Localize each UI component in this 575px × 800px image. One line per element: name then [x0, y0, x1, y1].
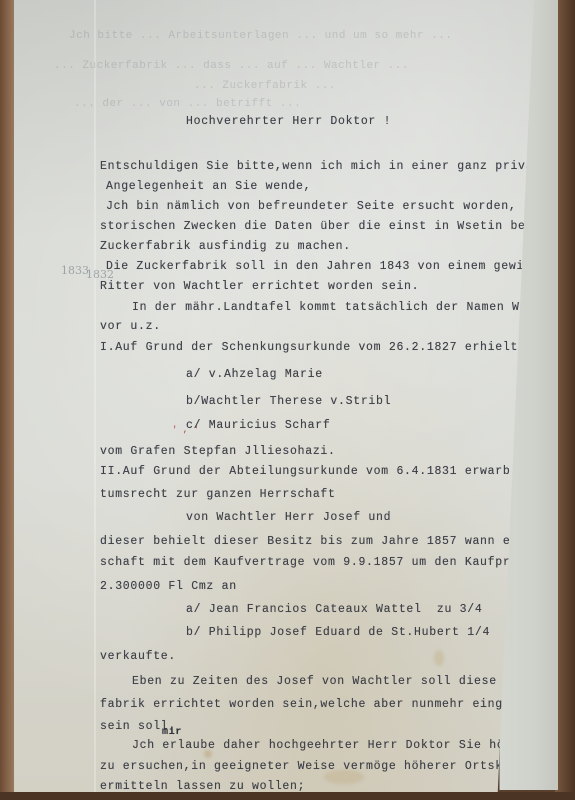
- letter-line: In der mähr.Landtafel kommt tatsächlich …: [132, 301, 573, 314]
- letter-line: II.Auf Grund der Abteilungsurkunde vom 6…: [100, 465, 575, 478]
- letter-line: dieser behielt dieser Besitz bis zum Jah…: [100, 535, 575, 548]
- handwritten-insertion: mir: [162, 727, 182, 738]
- letter-line: b/Wachtler Therese v.Stribl: [186, 395, 391, 408]
- letter-line: Ritter von Wachtler errichtet worden sei…: [100, 280, 419, 293]
- wooden-frame-bottom: [0, 792, 575, 800]
- bleed-through-line: Jch bitte ... Arbeitsunterlagen ... und …: [69, 30, 452, 42]
- wooden-frame-right: [555, 0, 575, 800]
- letter-line: b/ Philipp Josef Eduard de St.Hubert 1/4: [186, 626, 490, 639]
- letter-line: fabrik errichtet worden sein,welche aber…: [100, 698, 556, 711]
- letter-line: verkaufte.: [100, 650, 176, 663]
- letter-line: c/ Mauricius Scharf: [186, 419, 330, 432]
- bleed-through-line: ... der ... von ... betrifft ...: [74, 98, 301, 110]
- letter-line: 2.300000 Fl Cmz an: [100, 580, 237, 593]
- letter-line: tumsrecht zur ganzen Herrschaft: [100, 488, 336, 501]
- salutation: Hochverehrter Herr Doktor !: [186, 115, 391, 128]
- letter-page: Jch bitte ... Arbeitsunterlagen ... und …: [14, 0, 534, 795]
- bleed-through-line: ... Zuckerfabrik ... dass ... auf ... Wa…: [54, 60, 409, 72]
- letter-line: vor u.z.: [100, 320, 161, 333]
- margin-note: 1833: [61, 264, 89, 277]
- wooden-frame-left: [0, 0, 14, 800]
- letter-line: Angelegenheit an Sie wende,: [106, 180, 311, 193]
- letter-line: storischen Zwecken die Daten über die ei…: [100, 220, 575, 233]
- letter-line: vom Grafen Stepfan Jlliesohazi.: [100, 445, 336, 458]
- bleed-through-line: ... Zuckerfabrik ...: [194, 80, 336, 92]
- letter-line: von Wachtler Herr Josef und: [186, 511, 391, 524]
- letter-line: schaft mit dem Kaufvertrage vom 9.9.1857…: [100, 556, 564, 569]
- letter-line: Entschuldigen Sie bitte,wenn ich mich in…: [100, 160, 556, 173]
- letter-line: Die Zuckerfabrik soll in den Jahren 1843…: [106, 260, 554, 273]
- letter-line: Eben zu Zeiten des Josef von Wachtler so…: [132, 675, 558, 688]
- letter-line: a/ v.Ahzelag Marie: [186, 368, 323, 381]
- letter-line: Jch bin nämlich von befreundeter Seite e…: [106, 200, 570, 213]
- letter-line: a/ Jean Francios Cateaux Wattel zu 3/4: [186, 603, 482, 616]
- letter-line: I.Auf Grund der Schenkungsurkunde vom 26…: [100, 341, 541, 354]
- letter-line: Zuckerfabrik ausfindig zu machen.: [100, 240, 351, 253]
- letter-line: Jch erlaube daher hochgeehrter Herr Dokt…: [132, 739, 558, 752]
- stain: [434, 650, 444, 666]
